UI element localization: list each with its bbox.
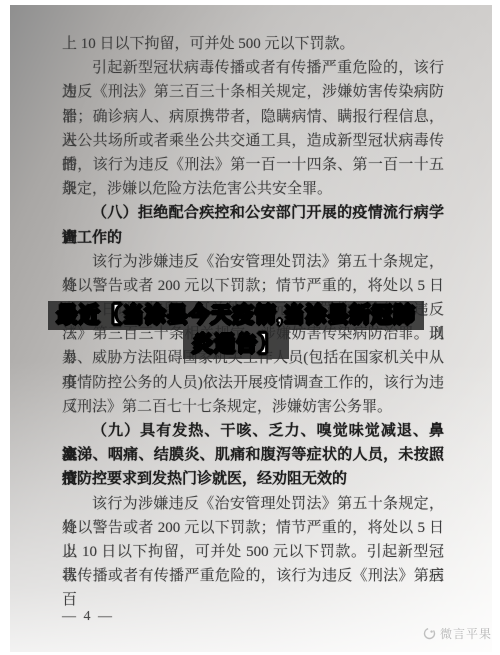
- doc-line: 该行为涉嫌违反《治安管理处罚法》第五十条规定，将: [62, 250, 444, 274]
- doc-line: 上 10 日以下拘留，可并处 500 元以下罚款。: [62, 32, 444, 56]
- doc-heading-line: （八）拒绝配合疾控和公安部门开展的疫情流行病学调: [62, 201, 444, 225]
- page-number: — 4 —: [62, 606, 114, 628]
- doc-heading-line: 情防控要求到发热门诊就医，经劝阻无效的: [62, 467, 444, 491]
- doc-line: 上 10 日以下拘留，可并处 500 元以下罚款。引起新型冠状病: [62, 540, 444, 564]
- doc-line: 的，该行为违反《刑法》第一百一十四条、第一百一十五条: [62, 153, 444, 177]
- doc-line: 毒传播或者有传播严重危险的，该行为违反《刑法》第三百: [62, 564, 444, 588]
- screenshot-canvas: 上 10 日以下拘留，可并处 500 元以下罚款。 引起新型冠状病毒传播或者有传…: [0, 0, 500, 655]
- doc-line: 入公共场所或者乘坐公共交通工具，造成新型冠状病毒传播: [62, 129, 444, 153]
- watermark-label: 微言平果: [440, 625, 492, 642]
- doc-line: 《刑法》第二百七十七条规定，涉嫌妨害公务罪。: [62, 395, 444, 419]
- overlay-headline: 最近【当涂县今天疫情,当涂县新冠肺 炎通告】: [0, 301, 472, 359]
- doc-line: 处以警告或者 200 元以下罚款；情节严重的，将处以 5 日以: [62, 516, 444, 540]
- doc-line: 违反《刑法》第三百三十条相关规定，涉嫌妨害传染病防治: [62, 80, 444, 104]
- watermark-logo-icon: [423, 627, 436, 640]
- doc-line: 引起新型冠状病毒传播或者有传播严重危险的，该行为: [62, 56, 444, 80]
- doc-line: 处以警告或者 200 元以下罚款；情节严重的，将处以 5 日以: [62, 274, 444, 298]
- overlay-headline-line2: 炎通告】: [183, 330, 289, 359]
- doc-line: 规定，涉嫌以危险方法危害公共安全罪。: [62, 177, 444, 201]
- doc-line: 罪；确诊病人、病原携带者，隐瞒病情、瞒报行程信息，进: [62, 105, 444, 129]
- overlay-headline-line1: 最近【当涂县今天疫情,当涂县新冠肺: [48, 301, 425, 330]
- watermark: 微言平果: [423, 624, 492, 642]
- doc-heading-line: 流涕、咽痛、结膜炎、肌痛和腹泻等症状的人员，未按照疫: [62, 443, 444, 467]
- doc-line: 该行为涉嫌违反《治安管理处罚法》第五十条规定，将: [62, 492, 444, 516]
- doc-heading-line: （九）具有发热、干咳、乏力、嗅觉味觉减退、鼻塞、: [62, 419, 444, 443]
- doc-line: 疫情防控公务的人员)依法开展疫情调查工作的，该行为违反: [62, 371, 444, 395]
- doc-heading-line: 查工作的: [62, 226, 444, 250]
